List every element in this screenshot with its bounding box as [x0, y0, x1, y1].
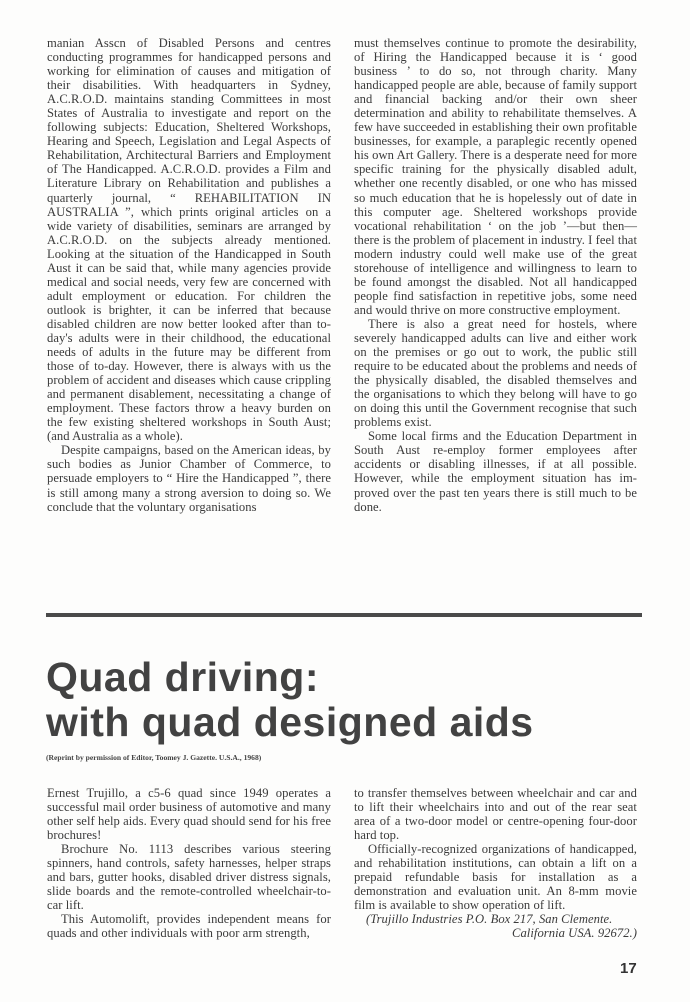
- paragraph: There is also a great need for hostels, …: [354, 317, 637, 429]
- reprint-credit: (Reprint by permission of Editor, Toomey…: [46, 753, 261, 762]
- paragraph: to transfer themselves between wheelchai…: [354, 786, 637, 842]
- article2-left-column: Ernest Trujillo, a c5-6 quad since 1949 …: [47, 786, 331, 941]
- article-title-line1: Quad driving:: [46, 655, 319, 699]
- article2-right-column: to transfer themselves between wheelchai…: [354, 786, 637, 941]
- paragraph: Despite campaigns, based on the American…: [47, 443, 331, 513]
- paragraph: Some local firms and the Education Depar…: [354, 429, 637, 513]
- paragraph: This Automolift, provides independent me…: [47, 912, 331, 940]
- paragraph: manian Asscn of Disabled Persons and cen…: [47, 36, 331, 443]
- article1-right-column: must themselves continue to promote the …: [354, 36, 637, 514]
- address-line2: California USA. 92672.): [354, 926, 637, 940]
- article1-left-column: manian Asscn of Disabled Persons and cen…: [47, 36, 331, 514]
- paragraph: must themselves continue to promote the …: [354, 36, 637, 317]
- paragraph: Ernest Trujillo, a c5-6 quad since 1949 …: [47, 786, 331, 842]
- paragraph: Officially-recognized organizations of h…: [354, 842, 637, 912]
- page-number: 17: [620, 960, 637, 977]
- address-line1: (Trujillo Industries P.O. Box 217, San C…: [354, 912, 637, 926]
- article-title-line2: with quad designed aids: [46, 700, 534, 744]
- paragraph: Brochure No. 1113 describes various stee…: [47, 842, 331, 912]
- section-divider: [46, 613, 642, 617]
